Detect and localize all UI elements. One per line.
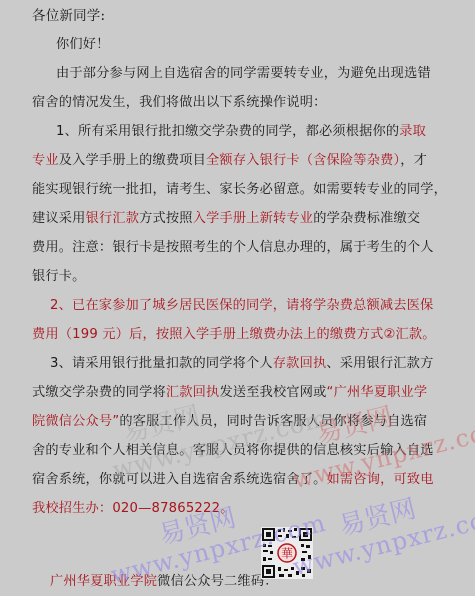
highlight-full-deposit: 全额存入银行卡（含保险等杂费） <box>206 153 400 168</box>
text: 宿舍系统，你就可以进入自选宿舍系统选宿舍了。 <box>32 472 327 487</box>
text: 的客服工作人员，同时告诉客服人员你将参与自选宿 <box>119 414 427 429</box>
highlight-deposit-receipt: 存款回执 <box>273 356 327 371</box>
highlight-remit-receipt: 汇款回执 <box>166 385 220 400</box>
qr-code: 華 <box>261 527 313 579</box>
text: 1、所有采用银行批扣缴交学杂费的同学，都必须根据你的 <box>56 124 399 139</box>
item3-line-4: 舍的专业和个人相关信息。客服人员将你提供的信息核实后输入自选 <box>32 443 402 459</box>
intro-line-2: 宿舍的情况发生，我们将做出以下系统操作说明： <box>32 95 402 111</box>
svg-text:華: 華 <box>281 546 293 561</box>
text: 的学杂费标准缴交 <box>313 211 420 226</box>
highlight-wechat-account-cont: 院微信公众号” <box>32 414 119 429</box>
item2-line-2: 费用（199 元）后，按照入学手册上缴费办法上的缴费方式②汇款。 <box>32 327 402 343</box>
salutation: 各位新同学: <box>32 8 402 24</box>
admissions-phone: 我校招生办：020—87865222。 <box>32 501 402 517</box>
highlight-admission: 录取 <box>399 124 426 139</box>
intro-line-1: 由于部分参与网上自选宿舍的同学需要转专业，为避免出现选错 <box>56 66 426 82</box>
text: 、采用银行汇款方 <box>326 356 433 371</box>
item3-line-5: 宿舍系统，你就可以进入自选宿舍系统选宿舍了。如需咨询，可致电 <box>32 472 402 488</box>
item3-line-2: 式缴交学杂费的同学将汇款回执发送至我校官网或“广州华夏职业学 <box>32 385 402 401</box>
highlight-new-major: 入学手册上新转专业 <box>193 211 314 226</box>
item1-line-1: 1、所有采用银行批扣缴交学杂费的同学，都必须根据你的录取 <box>56 124 426 140</box>
qr-code-icon: 華 <box>261 527 313 579</box>
highlight-major: 专业 <box>32 153 59 168</box>
item3-line-3: 院微信公众号”的客服工作人员，同时告诉客服人员你将参与自选宿 <box>32 414 402 430</box>
text: 微信公众号二维码： <box>157 574 278 589</box>
highlight-bank-transfer: 银行汇款 <box>86 211 140 226</box>
text: 3、请采用银行批量扣款的同学将个人 <box>50 356 273 371</box>
college-name: 广州华夏职业学院 <box>50 574 157 589</box>
item1-line-5: 费用。注意：银行卡是按照考生的个人信息办理的，属于考生的个人 <box>32 240 402 256</box>
qr-caption: 广州华夏职业学院微信公众号二维码： <box>50 574 420 590</box>
highlight-wechat-account: “广州华夏职业学 <box>327 385 428 400</box>
item3-line-1: 3、请采用银行批量扣款的同学将个人存款回执、采用银行汇款方 <box>50 356 420 372</box>
text: 式缴交学杂费的同学将 <box>32 385 166 400</box>
item1-line-3: 能实现银行统一批扣，请考生、家长务必留意。如需要转专业的同学， <box>32 182 402 198</box>
text: 及入学手册上的缴费项目 <box>59 153 206 168</box>
item2-line-1: 2、已在家参加了城乡居民医保的同学，请将学杂费总额减去医保 <box>50 298 420 314</box>
notice-document: 各位新同学: 你们好！ 由于部分参与网上自选宿舍的同学需要转专业，为避免出现选错… <box>0 0 475 596</box>
text: 方式按照 <box>139 211 193 226</box>
highlight-consult: 如需咨询，可致电 <box>327 472 434 487</box>
text: 建议采用 <box>32 211 86 226</box>
item1-line-4: 建议采用银行汇款方式按照入学手册上新转专业的学杂费标准缴交 <box>32 211 402 227</box>
text: ，才 <box>400 153 427 168</box>
item1-line-2: 专业及入学手册上的缴费项目全额存入银行卡（含保险等杂费），才 <box>32 153 402 169</box>
text: 发送至我校官网或 <box>219 385 326 400</box>
item1-line-6: 银行卡。 <box>32 269 402 285</box>
greeting: 你们好！ <box>56 37 426 53</box>
